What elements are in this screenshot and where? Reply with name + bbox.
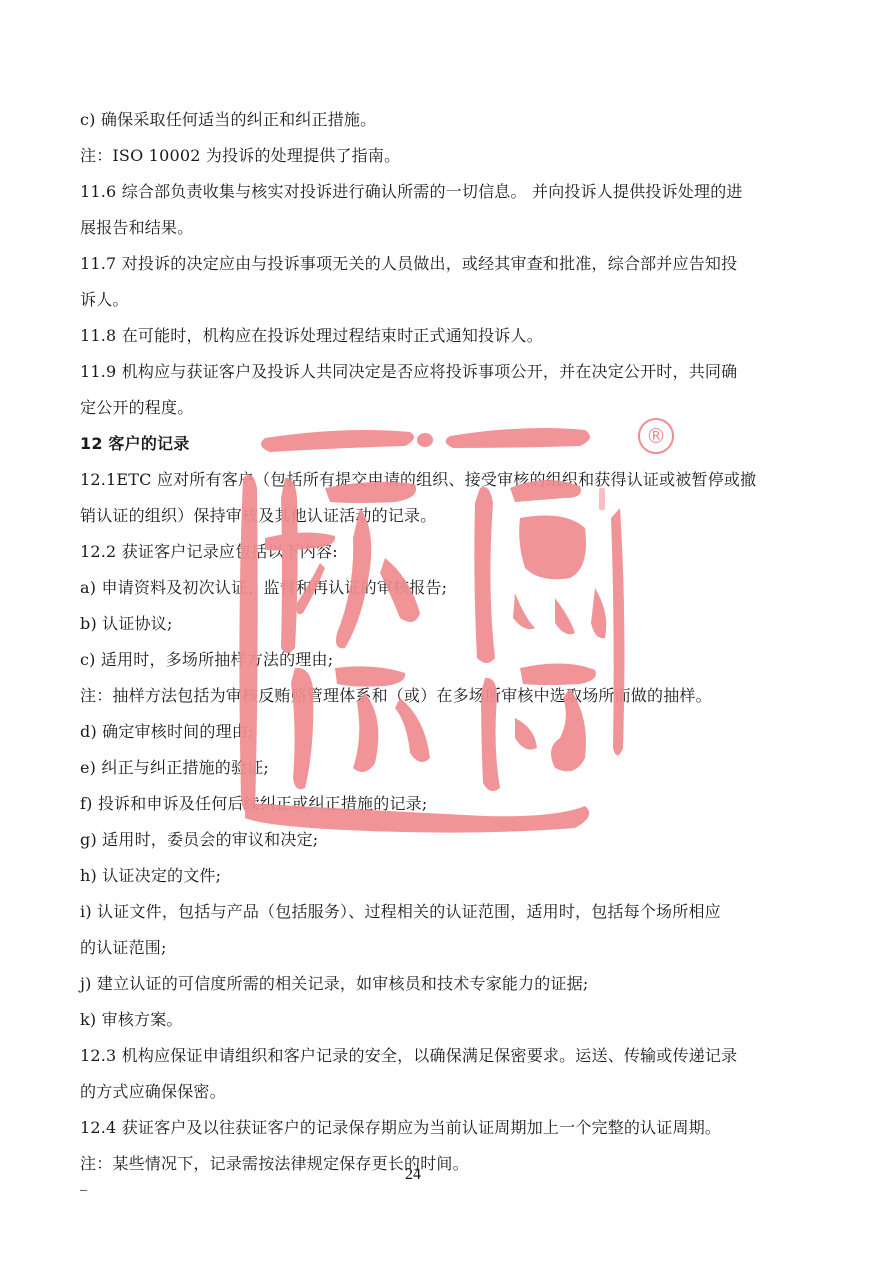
note-line: 注：抽样方法包括为审核反贿赂管理体系和（或）在多场所审核中选取场所而做的抽样。	[80, 678, 815, 714]
registered-mark-icon: ®	[638, 418, 674, 454]
list-item: d) 确定审核时间的理由;	[80, 714, 815, 750]
list-item: f) 投诉和申诉及任何后续纠正或纠正措施的记录;	[80, 786, 815, 822]
list-item: i) 认证文件，包括与产品（包括服务）、过程相关的认证范围，适用时，包括每个场所…	[80, 894, 815, 930]
text-line: 12.3 机构应保证申请组织和客户记录的安全，以确保满足保密要求。运送、传输或传…	[80, 1038, 815, 1074]
text-line: c) 确保采取任何适当的纠正和纠正措施。	[80, 102, 815, 138]
text-line: 12.2 获证客户记录应包括以下内容:	[80, 534, 815, 570]
text-line: 销认证的组织）保持审核及其他认证活动的记录。	[80, 498, 815, 534]
text-line: 的方式应确保保密。	[80, 1074, 815, 1110]
list-item: j) 建立认证的可信度所需的相关记录，如审核员和技术专家能力的证据;	[80, 966, 815, 1002]
list-item: a) 申请资料及初次认证、监督和再认证的审核报告;	[80, 570, 815, 606]
text-line: 12.4 获证客户及以往获证客户的记录保存期应为当前认证周期加上一个完整的认证周…	[80, 1110, 815, 1146]
text-line: 注：ISO 10002 为投诉的处理提供了指南。	[80, 138, 815, 174]
text-line: 12.1ETC 应对所有客户（包括所有提交申请的组织、接受审核的组织和获得认证或…	[80, 462, 815, 498]
list-item: k) 审核方案。	[80, 1002, 815, 1038]
text-line: 11.9 机构应与获证客户及投诉人共同决定是否应将投诉事项公开，并在决定公开时，…	[80, 354, 815, 390]
section-heading: 12 客户的记录	[80, 426, 815, 462]
text-line: 展报告和结果。	[80, 210, 815, 246]
text-line: 11.6 综合部负责收集与核实对投诉进行确认所需的一切信息。 并向投诉人提供投诉…	[80, 174, 815, 210]
list-item: b) 认证协议;	[80, 606, 815, 642]
note-line: 注：某些情况下，记录需按法律规定保存更长的时间。	[80, 1146, 815, 1182]
text-line: 定公开的程度。	[80, 390, 815, 426]
text-line: 11.7 对投诉的决定应由与投诉事项无关的人员做出，或经其审查和批准，综合部并应…	[80, 246, 815, 282]
list-item: c) 适用时，多场所抽样方法的理由;	[80, 642, 815, 678]
list-item: 的认证范围;	[80, 930, 815, 966]
document-page: c) 确保采取任何适当的纠正和纠正措施。 注：ISO 10002 为投诉的处理提…	[0, 0, 892, 1262]
text-line: 11.8 在可能时，机构应在投诉处理过程结束时正式通知投诉人。	[80, 318, 815, 354]
text-line: 诉人。	[80, 282, 815, 318]
list-item: e) 纠正与纠正措施的验证;	[80, 750, 815, 786]
list-item: h) 认证决定的文件;	[80, 858, 815, 894]
list-item: g) 适用时，委员会的审议和决定;	[80, 822, 815, 858]
document-body: c) 确保采取任何适当的纠正和纠正措施。 注：ISO 10002 为投诉的处理提…	[80, 102, 815, 1182]
